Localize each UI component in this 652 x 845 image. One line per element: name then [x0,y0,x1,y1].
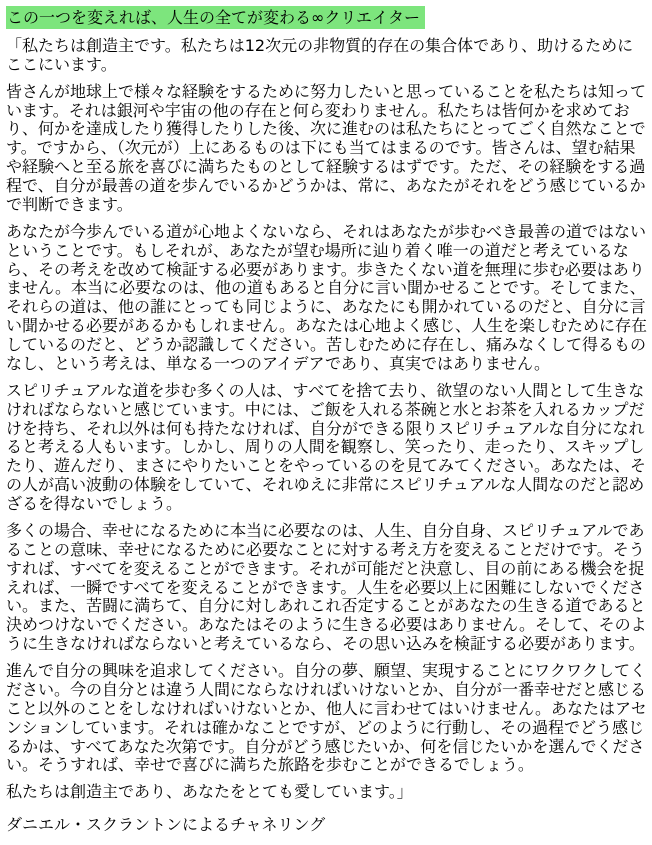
page-title: この一つを変えれば、人生の全てが変わる∞クリエイター [6,9,647,28]
paragraph-1: 「私たちは創造主です。私たちは12次元の非物質的存在の集合体であり、助けるために… [6,37,647,75]
paragraph-6: 進んで自分の興味を追求してください。自分の夢、願望、実現することにワクワクしてく… [6,662,647,775]
paragraph-5: 多くの場合、幸せになるために本当に必要なのは、人生、自分自身、スピリチュアルであ… [6,522,647,654]
paragraph-7: 私たちは創造主であり、あなたをとても愛しています。」 [6,783,647,802]
paragraph-3: あなたが今歩んでいる道が心地よくないなら、それはあなたが歩むべき最善の道ではない… [6,223,647,374]
paragraph-2: 皆さんが地球上で様々な経験をするために努力したいと思っていることを私たちは知って… [6,83,647,215]
paragraph-4: スピリチュアルな道を歩む多くの人は、すべてを捨て去り、欲望のない人間として生きな… [6,382,647,514]
document-page: この一つを変えれば、人生の全てが変わる∞クリエイター 「私たちは創造主です。私た… [0,0,652,845]
page-title-highlight: この一つを変えれば、人生の全てが変わる∞クリエイター [6,6,425,29]
byline: ダニエル・スクラントンによるチャネリング [6,816,647,835]
